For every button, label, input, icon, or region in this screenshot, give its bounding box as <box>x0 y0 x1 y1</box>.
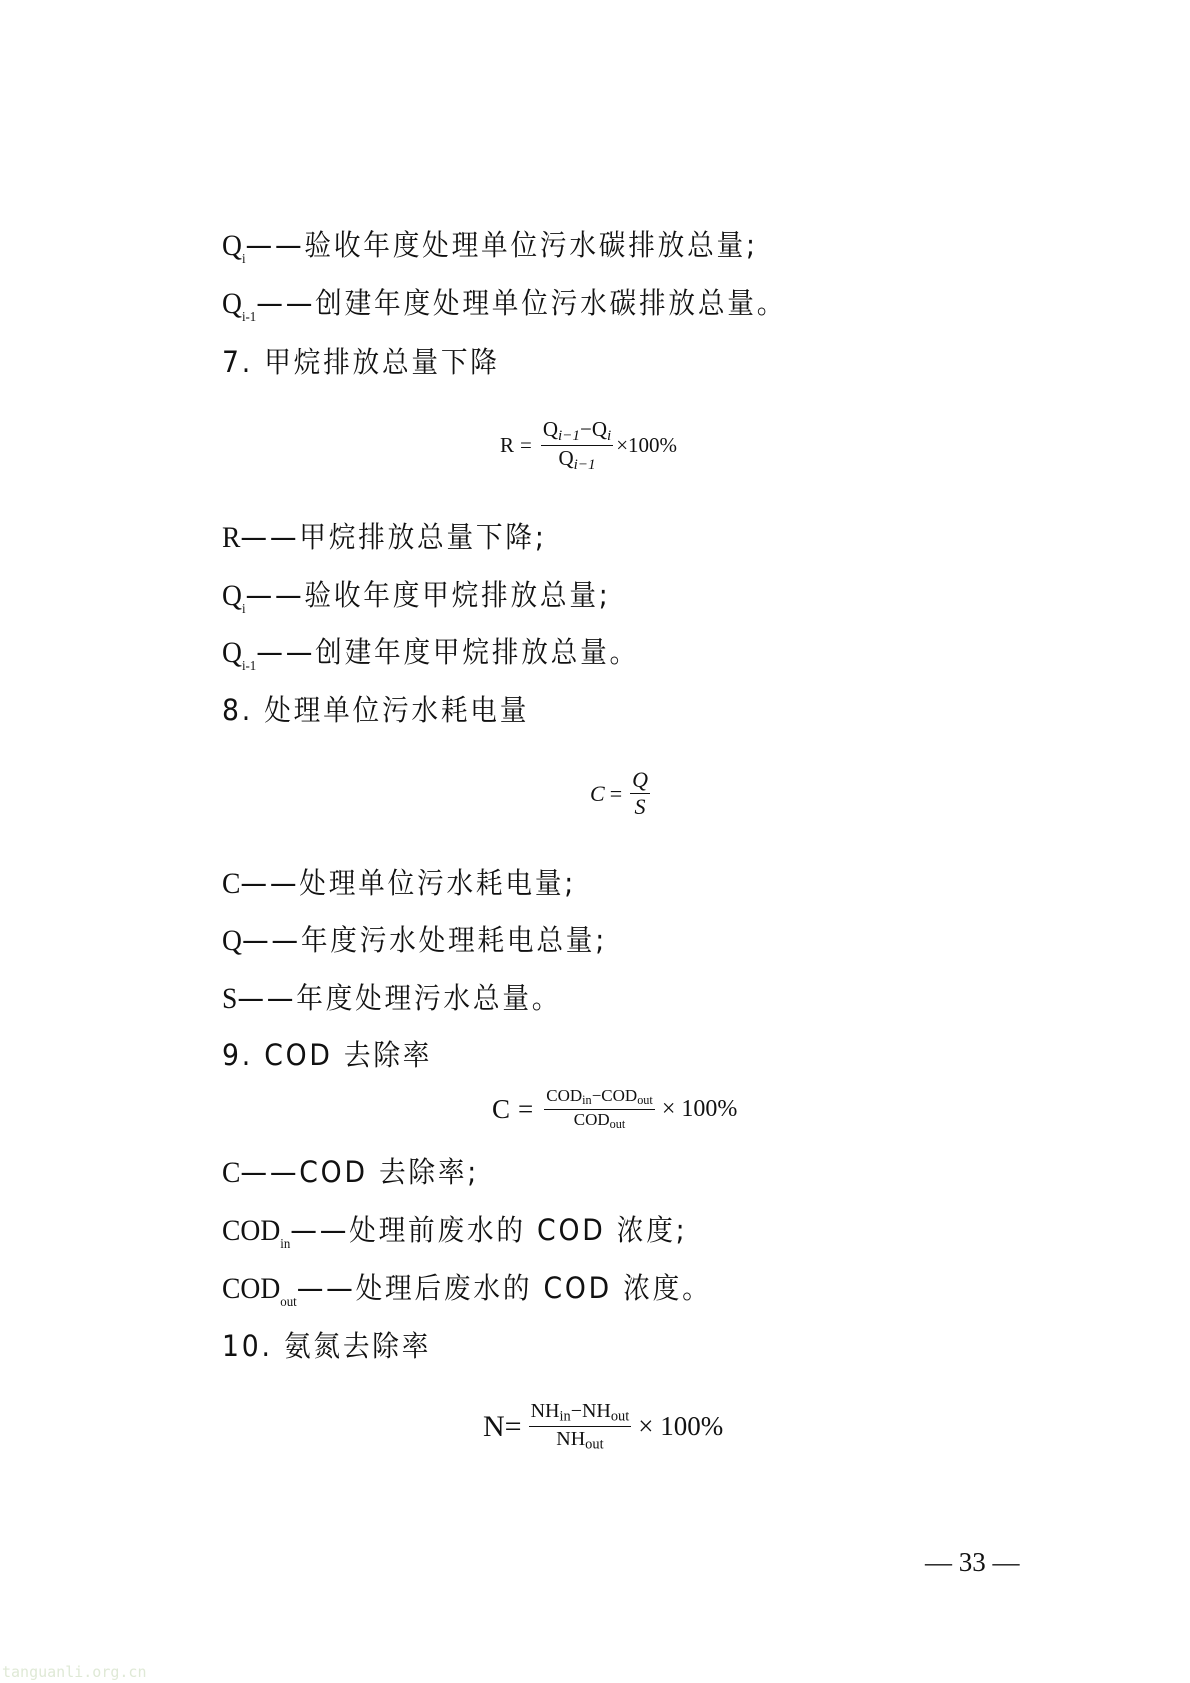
minus-sign: − <box>571 1400 582 1422</box>
formula-times-100-percent: ×100% <box>616 433 677 458</box>
subscript: i <box>607 428 611 444</box>
term: COD <box>574 1110 610 1129</box>
subscript: i-1 <box>242 659 256 674</box>
subscript: out <box>280 1295 296 1310</box>
formula-denominator: NHout <box>556 1427 603 1453</box>
formula-lhs: C <box>590 781 605 807</box>
subscript: out <box>611 1409 629 1425</box>
term: Q <box>592 417 607 441</box>
definition-cod-in: CODin——处理前废水的 COD 浓度; <box>222 1210 687 1250</box>
em-dash: —— <box>237 981 296 1015</box>
subscript: out <box>610 1117 626 1131</box>
section-8-heading: 8. 处理单位污水耗电量 <box>222 690 529 730</box>
formula-ammonia-removal: N = NHin−NHout NHout × 100% <box>483 1400 723 1454</box>
formula-equals: = <box>505 1410 522 1444</box>
section-7-heading: 7. 甲烷排放总量下降 <box>222 342 500 382</box>
term: Q <box>558 446 573 470</box>
definition-c-cod: C——COD 去除率; <box>222 1152 479 1192</box>
formula-methane-reduction: R = Qi−1−Qi Qi−1 ×100% <box>500 418 677 474</box>
section-10-heading: 10. 氨氮去除率 <box>222 1326 431 1366</box>
symbol: Q <box>222 229 242 262</box>
page-number: — 33 — <box>925 1547 1020 1578</box>
em-dash: —— <box>240 866 299 900</box>
symbol: Q <box>222 636 242 669</box>
definition-cod-out: CODout——处理后废水的 COD 浓度。 <box>222 1268 712 1308</box>
minus-sign: − <box>592 1086 602 1105</box>
em-dash: —— <box>256 286 315 320</box>
subscript: i−1 <box>558 428 580 444</box>
symbol: Q <box>222 579 242 612</box>
subscript: in <box>559 1409 570 1425</box>
formula-cod-removal: C = CODin−CODout CODout × 100% <box>492 1087 737 1131</box>
term: NH <box>531 1400 560 1422</box>
subscript: i-1 <box>242 310 256 325</box>
definition-text: 年度处理污水总量。 <box>296 981 561 1015</box>
symbol: C <box>222 1156 240 1189</box>
symbol: COD <box>222 1214 280 1247</box>
formula-numerator: Qi−1−Qi <box>541 418 613 446</box>
em-dash: —— <box>297 1271 356 1305</box>
definition-text: COD 去除率; <box>299 1155 479 1189</box>
formula-numerator: CODin−CODout <box>544 1087 655 1110</box>
formula-lhs: C <box>492 1094 510 1125</box>
definition-text: 处理前废水的 COD 浓度; <box>349 1213 687 1247</box>
symbol: R <box>222 521 240 554</box>
definition-qi-methane: Qi——验收年度甲烷排放总量; <box>222 575 611 615</box>
formula-denominator: S <box>635 794 646 819</box>
section-9-heading: 9. COD 去除率 <box>222 1035 432 1075</box>
formula-fraction: CODin−CODout CODout <box>544 1087 655 1131</box>
em-dash: —— <box>242 923 301 957</box>
formula-times-100-percent: × 100% <box>638 1411 723 1442</box>
formula-power-consumption: C = Q S <box>590 768 653 819</box>
formula-lhs: R <box>500 433 514 458</box>
subscript: i−1 <box>574 457 596 473</box>
term: NH <box>582 1400 611 1422</box>
symbol: Q <box>222 924 242 957</box>
definition-text: 创建年度甲烷排放总量。 <box>315 635 639 669</box>
formula-lhs: N <box>483 1410 505 1444</box>
formula-equals: = <box>610 781 622 807</box>
term: NH <box>556 1428 585 1450</box>
formula-denominator: Qi−1 <box>558 446 595 473</box>
em-dash: —— <box>240 520 299 554</box>
subscript: out <box>637 1093 653 1107</box>
formula-fraction: NHin−NHout NHout <box>529 1400 632 1454</box>
formula-numerator: Q <box>630 768 650 794</box>
definition-text: 创建年度处理单位污水碳排放总量。 <box>315 286 786 320</box>
formula-fraction: Qi−1−Qi Qi−1 <box>541 418 613 474</box>
definition-text: 验收年度处理单位污水碳排放总量; <box>304 228 757 262</box>
symbol: COD <box>222 1272 280 1305</box>
term: Q <box>543 417 558 441</box>
definition-s: S——年度处理污水总量。 <box>222 978 561 1018</box>
formula-numerator: NHin−NHout <box>529 1400 632 1427</box>
definition-qi-1-methane: Qi-1——创建年度甲烷排放总量。 <box>222 632 639 672</box>
definition-qi-1-carbon: Qi-1——创建年度处理单位污水碳排放总量。 <box>222 283 786 323</box>
definition-text: 验收年度甲烷排放总量; <box>304 578 610 612</box>
watermark: tanguanli.org.cn <box>2 1663 147 1681</box>
term: COD <box>601 1086 637 1105</box>
em-dash: —— <box>290 1213 349 1247</box>
subscript: out <box>585 1437 603 1453</box>
term: COD <box>546 1086 582 1105</box>
formula-equals: = <box>520 433 532 458</box>
symbol: S <box>222 982 237 1015</box>
definition-text: 年度污水处理耗电总量; <box>301 923 607 957</box>
formula-fraction: Q S <box>630 768 650 819</box>
definition-text: 处理后废水的 COD 浓度。 <box>356 1271 712 1305</box>
definition-q-power: Q——年度污水处理耗电总量; <box>222 920 607 960</box>
formula-denominator: CODout <box>574 1110 626 1132</box>
definition-c-power: C——处理单位污水耗电量; <box>222 863 576 903</box>
definition-text: 甲烷排放总量下降; <box>299 520 546 554</box>
definition-qi-carbon: Qi——验收年度处理单位污水碳排放总量; <box>222 225 758 265</box>
em-dash: —— <box>256 635 315 669</box>
em-dash: —— <box>240 1155 299 1189</box>
minus-sign: − <box>580 417 592 441</box>
symbol: C <box>222 867 240 900</box>
formula-equals: = <box>518 1094 533 1125</box>
symbol: Q <box>222 287 242 320</box>
subscript: in <box>280 1237 290 1252</box>
em-dash: —— <box>246 228 305 262</box>
definition-text: 处理单位污水耗电量; <box>299 866 576 900</box>
em-dash: —— <box>246 578 305 612</box>
subscript: in <box>582 1093 592 1107</box>
definition-r: R——甲烷排放总量下降; <box>222 517 547 557</box>
formula-times-100-percent: × 100% <box>662 1096 738 1123</box>
